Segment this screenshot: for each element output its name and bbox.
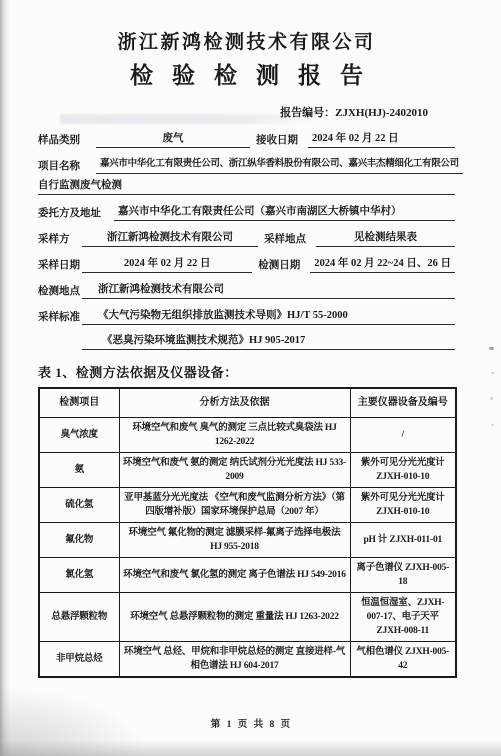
field-label-project-name: 项目名称 — [38, 159, 96, 174]
field-label-client-address: 委托方及地址 — [38, 206, 114, 221]
scan-red-mark — [489, 347, 494, 350]
header-cell-instrument: 主要仪器设备及编号 — [350, 388, 456, 418]
field-label-test-date: 检测日期 — [258, 258, 310, 273]
instrument-cell: pH 计 ZJXH-011-01 — [350, 523, 456, 558]
field-label-sample-category: 样品类别 — [38, 133, 96, 148]
report-number: 报告编号：ZJXH(HJ)-2402010 — [38, 104, 455, 120]
table-row: 氨 环境空气和废气 氨的测定 纳氏试剂分光光度法 HJ 533-2009 紫外可… — [39, 453, 456, 488]
test-item-cell: 臭气浓度 — [39, 418, 119, 453]
field-label-sampling-standard: 采样标准 — [38, 310, 82, 325]
field-row-test-site: 检测地点 浙江新鸿检测技术有限公司 — [38, 282, 455, 299]
report-page: 浙江新鸿检测技术有限公司 检验检测报告 报告编号：ZJXH(HJ)-240201… — [0, 0, 501, 756]
test-item-cell: 总悬浮颗粒物 — [39, 593, 119, 642]
report-content: 浙江新鸿检测技术有限公司 检验检测报告 报告编号：ZJXH(HJ)-240201… — [38, 0, 455, 678]
test-item-cell: 硫化氢 — [39, 488, 119, 523]
instrument-cell: 离子色谱仪 ZJXH-005-18 — [350, 558, 456, 593]
field-row-sampler: 采样方 浙江新鸿检测技术有限公司 采样地点 见检测结果表 — [38, 230, 455, 247]
field-row-sampling-standard-line2: 《恶臭污染环境监测技术规范》HJ 905-2017 — [38, 333, 455, 350]
field-label-receive-date: 接收日期 — [256, 133, 308, 148]
field-value-receive-date: 2024 年 02 月 22 日 — [308, 131, 455, 148]
field-value-sampler: 浙江新鸿检测技术有限公司 — [82, 230, 258, 247]
scan-shadow-left — [0, 0, 10, 756]
field-value-sampling-date: 2024 年 02 月 22 日 — [82, 256, 252, 273]
field-value-project-name-line2: 自行监测废气检测 — [38, 178, 455, 195]
scan-red-mark — [491, 424, 494, 426]
report-number-label: 报告编号： — [280, 107, 335, 119]
table-row: 非甲烷总烃 环境空气 总烃、甲烷和非甲烷总烃的测定 直接进样-气相色谱法 HJ … — [39, 642, 456, 678]
methods-table: 检测项目 分析方法及依据 主要仪器设备及编号 臭气浓度 环境空气和废气 臭气的测… — [38, 387, 457, 678]
test-item-cell: 非甲烷总烃 — [39, 642, 119, 678]
field-value-sampling-standard-line1: 《大气污染物无组织排放监测技术导则》HJ/T 55-2000 — [82, 308, 455, 325]
table-row: 硫化氢 亚甲基蓝分光光度法 《空气和废气监测分析方法》（第四版增补版）国家环境保… — [39, 488, 456, 523]
table-row: 氟化物 环境空气 氟化物的测定 滤膜采样-氟离子选择电极法 HJ 955-201… — [39, 523, 456, 558]
table1-caption: 表 1、检测方法依据及仪器设备： — [38, 362, 455, 381]
instrument-cell: / — [350, 418, 456, 453]
company-name: 浙江新鸿检测技术有限公司 — [38, 30, 455, 56]
test-item-cell: 氨 — [39, 453, 119, 488]
instrument-cell: 气相色谱仪 ZJXH-005-42 — [350, 642, 456, 678]
field-row-project-name: 项目名称 嘉兴市中华化工有限责任公司、浙江纵华香料股份有限公司、嘉兴丰杰精细化工… — [38, 157, 455, 195]
field-row-sampling-date: 采样日期 2024 年 02 月 22 日 检测日期 2024 年 02 月 2… — [38, 256, 455, 273]
method-cell: 环境空气和废气 氯化氢的测定 离子色谱法 HJ 549-2016 — [119, 558, 350, 593]
method-cell: 环境空气 总烃、甲烷和非甲烷总烃的测定 直接进样-气相色谱法 HJ 604-20… — [119, 642, 350, 678]
table-row: 臭气浓度 环境空气和废气 臭气的测定 三点比较式臭袋法 HJ 1262-2022… — [39, 418, 456, 453]
field-label-sampler: 采样方 — [38, 232, 82, 247]
table-row: 氯化氢 环境空气和废气 氯化氢的测定 离子色谱法 HJ 549-2016 离子色… — [39, 558, 456, 593]
test-item-cell: 氯化氢 — [39, 558, 119, 593]
field-value-test-date: 2024 年 02 月 22~24 日、26 日 — [310, 256, 455, 273]
method-cell: 环境空气 氟化物的测定 滤膜采样-氟离子选择电极法 HJ 955-2018 — [119, 523, 350, 558]
field-row-client-address: 委托方及地址 嘉兴市中华化工有限责任公司（嘉兴市南湖区大桥镇中华村） — [38, 204, 455, 221]
field-label-test-site: 检测地点 — [38, 284, 82, 299]
method-cell: 环境空气和废气 臭气的测定 三点比较式臭袋法 HJ 1262-2022 — [119, 418, 350, 453]
instrument-cell: 紫外可见分光光度计 ZJXH-010-10 — [350, 453, 456, 488]
method-cell: 环境空气和废气 氨的测定 纳氏试剂分光光度法 HJ 533-2009 — [119, 453, 350, 488]
header-cell-item: 检测项目 — [39, 388, 119, 418]
field-value-client-address: 嘉兴市中华化工有限责任公司（嘉兴市南湖区大桥镇中华村） — [114, 204, 455, 221]
instrument-cell: 恒温恒湿室、ZJXH-007-17、电子天平 ZJXH-008-11 — [350, 593, 456, 642]
method-cell: 环境空气 总悬浮颗粒物的测定 重量法 HJ 1263-2022 — [119, 593, 350, 642]
field-row-sampling-standard: 采样标准 《大气污染物无组织排放监测技术导则》HJ/T 55-2000 — [38, 308, 455, 325]
field-value-project-name-line1: 嘉兴市中华化工有限责任公司、浙江纵华香料股份有限公司、嘉兴丰杰精细化工有限公司 — [96, 157, 463, 174]
test-item-cell: 氟化物 — [39, 523, 119, 558]
table-header-row: 检测项目 分析方法及依据 主要仪器设备及编号 — [39, 388, 456, 418]
page-number: 第 1 页 共 8 页 — [0, 716, 501, 730]
field-label-sampling-date: 采样日期 — [38, 258, 82, 273]
report-title: 检验检测报告 — [38, 60, 455, 92]
field-value-sample-category: 废气 — [96, 131, 250, 148]
scan-red-mark — [491, 372, 494, 374]
header-cell-method: 分析方法及依据 — [119, 388, 350, 418]
field-value-test-site: 浙江新鸿检测技术有限公司 — [82, 282, 455, 299]
field-label-sampling-site: 采样地点 — [264, 232, 316, 247]
method-cell: 亚甲基蓝分光光度法 《空气和废气监测分析方法》（第四版增补版）国家环境保护总局（… — [119, 488, 350, 523]
field-value-sampling-site: 见检测结果表 — [316, 230, 455, 247]
scan-red-mark — [490, 397, 493, 400]
field-row-sample-category: 样品类别 废气 接收日期 2024 年 02 月 22 日 — [38, 131, 455, 148]
table-row: 总悬浮颗粒物 环境空气 总悬浮颗粒物的测定 重量法 HJ 1263-2022 恒… — [39, 593, 456, 642]
field-value-sampling-standard-line2: 《恶臭污染环境监测技术规范》HJ 905-2017 — [82, 333, 455, 350]
report-number-value: ZJXH(HJ)-2402010 — [335, 107, 428, 119]
instrument-cell: 紫外可见分光光度计 ZJXH-010-10 — [350, 488, 456, 523]
